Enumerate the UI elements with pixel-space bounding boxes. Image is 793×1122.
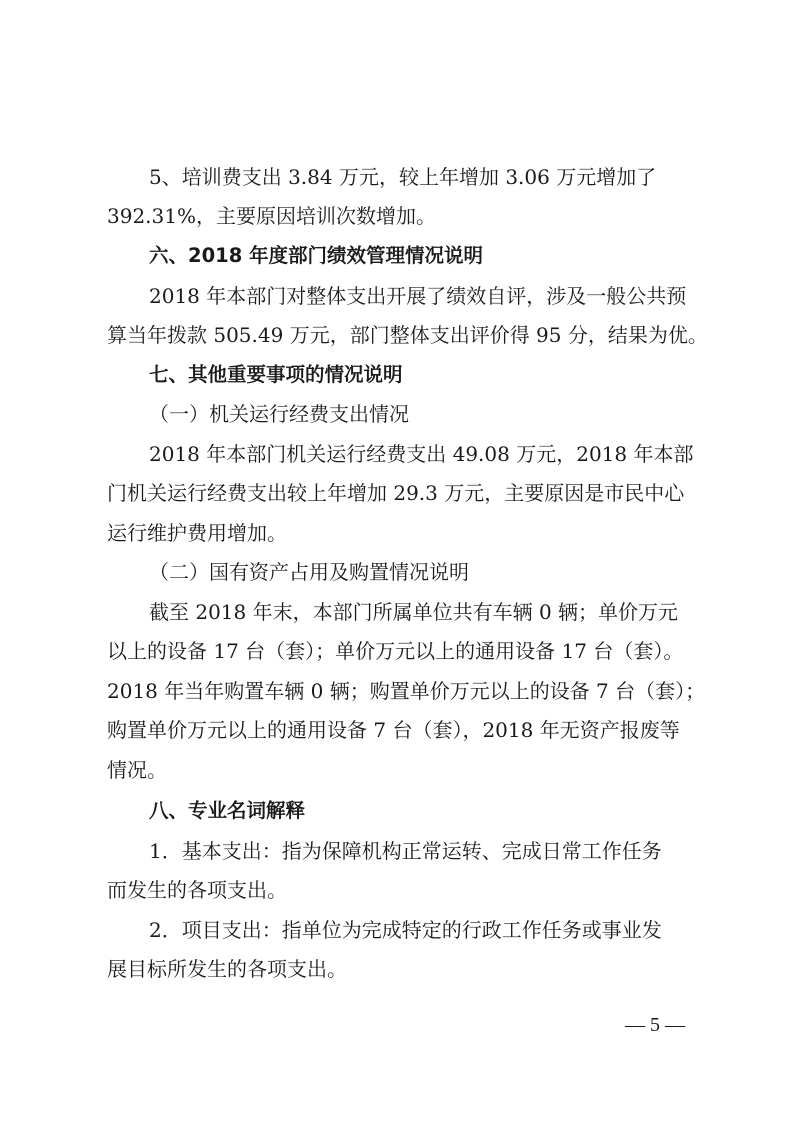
heading-section-6: 六、2018 年度部门绩效管理情况说明 [149,236,483,276]
paragraph-state-assets: 截至 2018 年末，本部门所属单位共有车辆 0 辆；单价万元 [149,592,678,632]
paragraph-state-assets-cont-3: 购置单价万元以上的通用设备 7 台（套），2018 年无资产报废等 [107,710,680,750]
heading-section-7: 七、其他重要事项的情况说明 [149,355,403,395]
paragraph-operating-expenses: 2018 年本部门机关运行经费支出 49.08 万元，2018 年本部 [149,434,693,474]
heading-section-8: 八、专业名词解释 [149,791,305,831]
definition-project-expenditure-cont: 展目标所发生的各项支出。 [107,949,347,989]
definition-basic-expenditure: 1．基本支出：指为保障机构正常运转、完成日常工作任务 [149,831,662,871]
paragraph-operating-expenses-end: 运行维护费用增加。 [107,513,287,553]
paragraph-state-assets-cont-2: 2018 年当年购置车辆 0 辆；购置单价万元以上的设备 7 台（套）； [107,671,705,711]
paragraph-training-fee: 5、培训费支出 3.84 万元，较上年增加 3.06 万元增加了 [149,157,656,197]
paragraph-performance: 2018 年本部门对整体支出开展了绩效自评，涉及一般公共预 [149,276,686,316]
paragraph-training-fee-cont: 392.31%，主要原因培训次数增加。 [107,196,436,236]
paragraph-performance-cont: 算当年拨款 505.49 万元，部门整体支出评价得 95 分，结果为优。 [107,315,708,355]
definition-project-expenditure: 2．项目支出：指单位为完成特定的行政工作任务或事业发 [149,910,662,950]
paragraph-operating-expenses-cont: 门机关运行经费支出较上年增加 29.3 万元，主要原因是市民中心 [107,473,684,513]
subheading-operating-expenses: （一）机关运行经费支出情况 [149,394,409,434]
definition-basic-expenditure-cont: 而发生的各项支出。 [107,870,287,910]
paragraph-state-assets-cont-1: 以上的设备 17 台（套）；单价万元以上的通用设备 17 台（套）。 [107,631,683,671]
paragraph-state-assets-end: 情况。 [107,750,167,790]
subheading-state-assets: （二）国有资产占用及购置情况说明 [149,552,469,592]
page-number: — 5 — [625,1010,685,1040]
